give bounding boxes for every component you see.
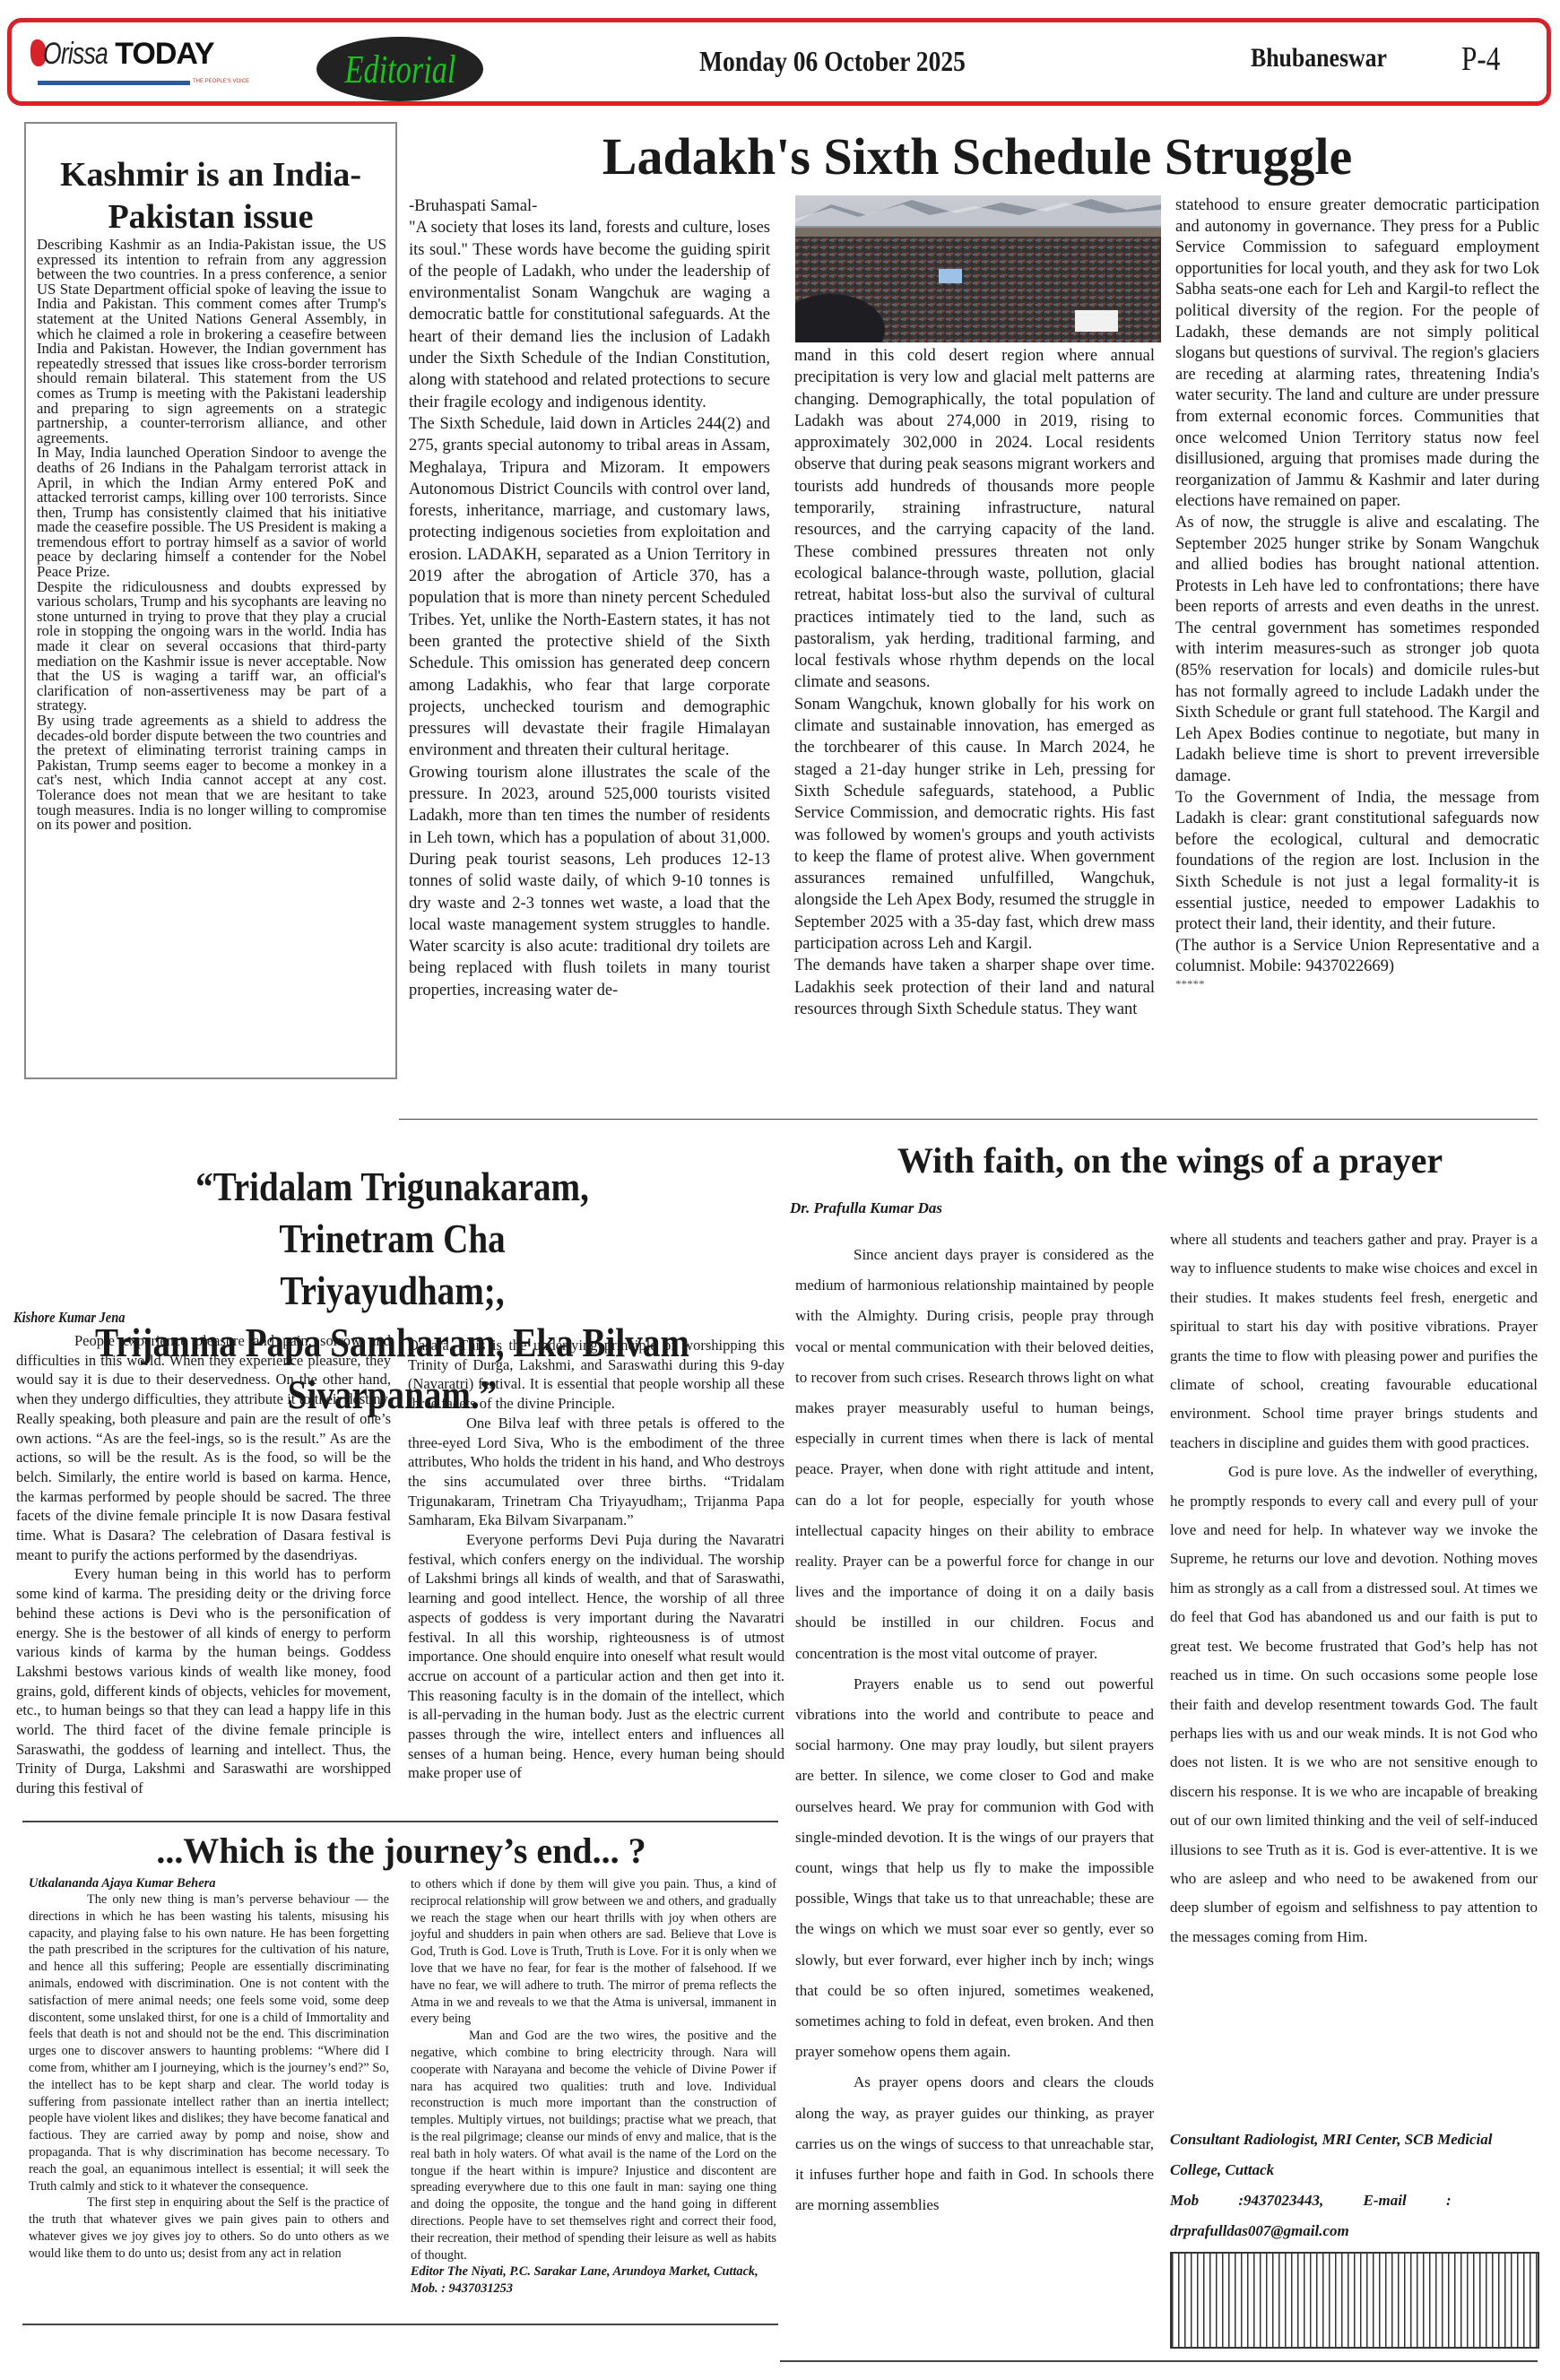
journey-byline: Utkalananda Ajaya Kumar Behera <box>29 1876 216 1891</box>
paragraph: statehood to ensure greater democratic p… <box>1175 195 1539 513</box>
protest-crowd-photo <box>795 195 1161 342</box>
author-note: (The author is a Service Union Represent… <box>1175 936 1539 978</box>
paragraph: By using trade agreements as a shield to… <box>37 714 386 833</box>
section-divider <box>22 1821 778 1822</box>
paragraph: Man and God are the two wires, the posit… <box>411 2028 776 2263</box>
paragraph: mand in this cold desert region where an… <box>794 345 1155 694</box>
paragraph: Every human being in this world has to p… <box>16 1564 391 1797</box>
paragraph: The demands have taken a sharper shape o… <box>794 955 1155 1020</box>
section-badge-label: Editorial <box>344 47 455 92</box>
issue-date: Monday 06 October 2025 <box>699 45 966 78</box>
paragraph: As prayer opens doors and clears the clo… <box>795 2067 1154 2220</box>
section-divider <box>780 2360 1538 2362</box>
kashmir-body: Describing Kashmir as an India-Pakistan … <box>37 238 386 833</box>
signature-contact: Mob :9437023443, E-mail : <box>1170 2185 1538 2216</box>
journey-column-1: The only new thing is man’s perverse beh… <box>29 1891 389 2263</box>
ladakh-column-1: -Bruhaspati Samal- "A society that loses… <box>409 195 770 1001</box>
signature-email[interactable]: drprafulldas007@gmail.com <box>1170 2216 1538 2246</box>
paragraph: Prayers enable us to send out powerful v… <box>795 1669 1154 2068</box>
ladakh-column-2: mand in this cold desert region where an… <box>794 345 1155 1020</box>
paragraph: In May, India launched Operation Sindoor… <box>37 446 386 579</box>
paragraph: Since ancient days prayer is considered … <box>795 1240 1154 1669</box>
paragraph: Dasara. This is the underlying principle… <box>408 1336 784 1414</box>
crowd-image-icon <box>795 195 1161 342</box>
prayer-column-1: Since ancient days prayer is considered … <box>795 1240 1154 2221</box>
paragraph: Describing Kashmir as an India-Pakistan … <box>37 238 386 446</box>
prayer-signature: Consultant Radiologist, MRI Center, SCB … <box>1170 2125 1538 2246</box>
logo-underline-bar <box>38 81 190 85</box>
tridalam-column-1: People experience pleasure and pain, sor… <box>16 1331 391 1798</box>
ladakh-headline: Ladakh's Sixth Schedule Struggle <box>403 125 1551 188</box>
paragraph: One Bilva leaf with three petals is offe… <box>408 1414 784 1530</box>
paragraph: People experience pleasure and pain, sor… <box>16 1331 391 1564</box>
page-number: P-4 <box>1461 39 1500 79</box>
section-divider <box>399 1119 1538 1120</box>
paragraph: Everyone performs Devi Puja during the N… <box>408 1530 784 1783</box>
prayer-column-2: where all students and teachers gather a… <box>1170 1225 1538 1952</box>
paragraph: to others which if done by them will giv… <box>411 1876 776 2028</box>
kashmir-headline: Kashmir is an India-Pakistan issue <box>36 154 386 238</box>
tridalam-byline: Kishore Kumar Jena <box>13 1309 125 1327</box>
byline: -Bruhaspati Samal- <box>409 195 770 217</box>
paragraph: The only new thing is man’s perverse beh… <box>29 1891 389 2194</box>
journey-signature: Editor The Niyati, P.C. Sarakar Lane, Ar… <box>411 2263 776 2298</box>
tridalam-column-2: Dasara. This is the underlying principle… <box>408 1336 784 1783</box>
paragraph: Growing tourism alone illustrates the sc… <box>409 762 770 1001</box>
paragraph: "A society that loses its land, forests … <box>409 217 770 413</box>
paragraph: As of now, the struggle is alive and esc… <box>1175 513 1539 788</box>
logo-orissa: Orissa <box>43 36 108 72</box>
paragraph: To the Government of India, the message … <box>1175 788 1539 936</box>
newspaper-logo[interactable]: OrissaTODAY THE PEOPLE'S VOICE <box>27 36 251 93</box>
paragraph: God is pure love. As the indweller of ev… <box>1170 1458 1538 1952</box>
section-divider <box>22 2324 778 2325</box>
barcode-filler-block <box>1170 2252 1539 2349</box>
ladakh-column-3: statehood to ensure greater democratic p… <box>1175 195 1539 991</box>
logo-today: TODAY <box>115 37 213 71</box>
signature-title: Consultant Radiologist, MRI Center, SCB … <box>1170 2125 1538 2185</box>
edition-city: Bhubaneswar <box>1251 43 1387 74</box>
paragraph: Sonam Wangchuk, known globally for his w… <box>794 694 1155 956</box>
paragraph: Despite the ridiculousness and doubts ex… <box>37 580 386 714</box>
end-mark: ***** <box>1175 978 1539 991</box>
logo-tagline: THE PEOPLE'S VOICE <box>193 79 249 84</box>
section-badge: Editorial <box>316 37 483 101</box>
journey-column-2: to others which if done by them will giv… <box>411 1876 776 2298</box>
prayer-headline: With faith, on the wings of a prayer <box>789 1138 1551 1183</box>
paragraph: The first step in enquiring about the Se… <box>29 2194 389 2262</box>
headline-line-1: “Tridalam Trigunakaram, Trinetram Cha Tr… <box>74 1161 711 1317</box>
journey-headline: ...Which is the journey’s end... ? <box>18 1829 784 1874</box>
paragraph: The Sixth Schedule, laid down in Article… <box>409 413 770 762</box>
prayer-byline: Dr. Prafulla Kumar Das <box>790 1199 942 1217</box>
paragraph: where all students and teachers gather a… <box>1170 1225 1538 1458</box>
